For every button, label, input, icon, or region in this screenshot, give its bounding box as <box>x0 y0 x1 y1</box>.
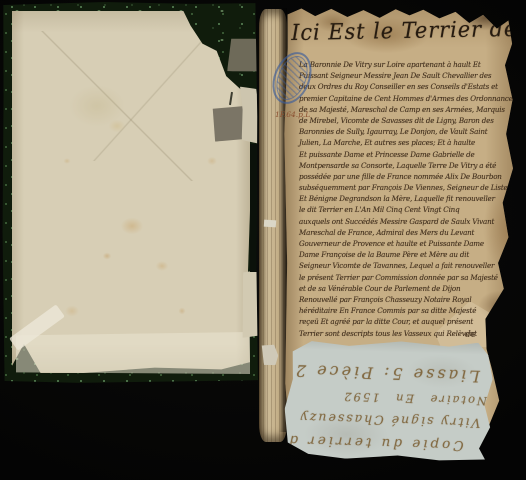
manuscript-line: deux Ordres du Roy Conseiller en ses Con… <box>299 81 496 92</box>
manuscript-line: Et Bénigne Degrandson la Mère, Laquelle … <box>299 193 496 204</box>
manuscript-line: Et puissante Dame et Princesse Dame Gabr… <box>299 149 496 160</box>
slip-line: Liasse 5: Pièce 2: <box>286 361 481 386</box>
archival-margin-note: 1F.64.p.L <box>275 110 310 119</box>
manuscript-line: Julien, La Marche, Et autres ses places;… <box>299 137 496 148</box>
manuscript-line: et de sa Vénérable Cour de Parlement de … <box>299 283 496 294</box>
slip-line: Notaire En 1592 <box>285 388 487 408</box>
manuscript-lines: La Baronnie De Vitry sur Loire apartenan… <box>299 59 509 339</box>
manuscript-line: le présent Terrier par Commission donnée… <box>299 272 496 283</box>
manuscript-line: Renouvellé par François Chasseuzy Notair… <box>299 294 496 305</box>
manuscript-line: Seigneur Vicomte de Tavannes, Lequel a f… <box>299 260 496 271</box>
manuscript-line: Puissant Seigneur Messire Jean De Sault … <box>299 70 496 81</box>
slip-line: Vitry signé Chasseuzy <box>284 410 480 431</box>
manuscript-line: Mareschal de France, Admiral des Mers du… <box>299 227 496 238</box>
archival-slip-text: Copie du terrier de Vitry signé Chasseuz… <box>283 337 495 463</box>
manuscript-line: Baronnies de Sully, Igaurray, Le Donjon,… <box>299 126 496 137</box>
manuscript-line: Gouverneur de Provence et haulte et Puis… <box>299 238 496 249</box>
page-title: Ici Est le Terrier de <box>291 17 497 46</box>
manuscript-line: reçeü Et agréé par la ditte Cour, et auq… <box>299 316 496 327</box>
archival-slip: Copie du terrier de Vitry signé Chasseuz… <box>283 337 495 463</box>
repair-patch <box>227 37 259 73</box>
spine-label <box>264 220 276 228</box>
repair-strip <box>16 332 250 374</box>
manuscript-line: de sa Majesté, Mareschal de Camp en ses … <box>299 104 496 115</box>
inside-front-cover <box>2 2 258 384</box>
manuscript-line: premier Capitaine de Cent Hommes d'Armes… <box>299 93 496 104</box>
manuscript-line: auxquels ont Succédés Messire Gaspard de… <box>299 216 496 227</box>
manuscript-line: Montpensarde sa Consorte, Laquelle Terre… <box>299 160 496 171</box>
scanned-book-photo: Ici Est le Terrier de La Baronnie De Vit… <box>0 0 526 480</box>
manuscript-line: possédée par une fille de France nommée … <box>299 171 496 182</box>
manuscript-line: La Baronnie De Vitry sur Loire apartenan… <box>299 59 496 70</box>
manuscript-line: subséquemment par François De Viennes, S… <box>299 182 496 193</box>
manuscript-line: le dit Terrier en L'An Mil Cinq Cent Vin… <box>299 204 496 215</box>
manuscript-line: héréditaire En France Commis par sa ditt… <box>299 305 496 316</box>
slip-line: Copie du terrier de <box>283 432 463 454</box>
manuscript-line: de Mirebel, Vicomte de Savasses dit de L… <box>299 115 496 126</box>
catchword: de <box>465 330 476 340</box>
manuscript-line: Dame Françoise de la Baume Père et Mère … <box>299 249 496 260</box>
